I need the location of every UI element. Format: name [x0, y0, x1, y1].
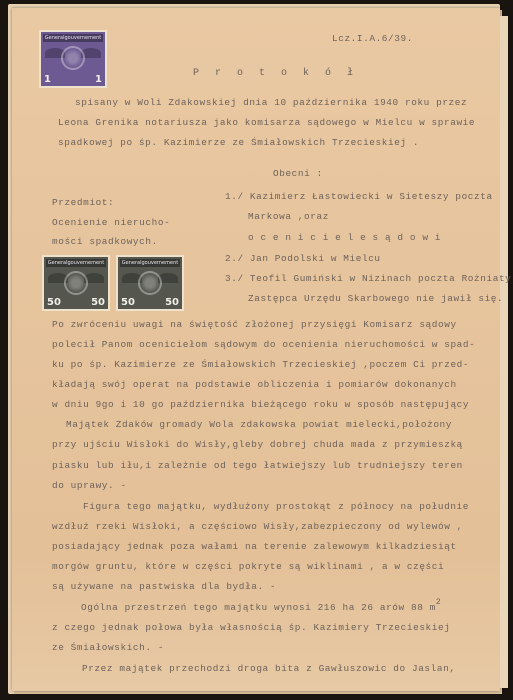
body-line: z czego jednak połowa była własnością śp… [52, 622, 450, 633]
revenue-stamp-2: Generalgouvernement 50 50 [42, 255, 110, 311]
body-line: w dniu 9go i 10 go października bieżąceg… [52, 399, 469, 410]
body-line: przy ujściu Wisłoki do Wisły,gleby dobre… [52, 439, 463, 450]
body-line: kładają swój operat na podstawie oblicze… [52, 379, 457, 390]
stamp-value: 50 [47, 297, 61, 308]
intro-line: spadkowej po śp. Kazimierze ze Śmiałowsk… [58, 137, 419, 148]
present-item: 2./ Jan Podolski w Mielcu [225, 253, 381, 264]
body-line: morgów gruntu, które w części pokryte są… [52, 561, 444, 572]
intro-line: spisany w Woli Zdakowskiej dnia 10 paźdz… [75, 97, 467, 108]
revenue-stamp-1: Generalgouvernement 1 1 [39, 30, 107, 88]
subject-line: Ocenienie nierucho- [52, 217, 170, 228]
body-line: posiadający jednak poza wałami na tereni… [52, 541, 457, 552]
document-title: P r o t o k ó ł [193, 68, 358, 79]
reference-number: Lcz.I.A.6/39. [332, 33, 413, 44]
area-superscript: 2 [436, 598, 441, 607]
body-line: ku po śp. Kazimierze ze Śmiałowskich Trz… [52, 359, 469, 370]
stamp-value: 50 [165, 297, 179, 308]
present-item: o c e n i c i e l e s ą d o w i [248, 232, 441, 243]
body-line: Figura tego majątku, wydłużony prostokąt… [83, 501, 469, 512]
stamp-value: 50 [91, 297, 105, 308]
stamp-header: Generalgouvernement [43, 34, 103, 42]
present-item: Markowa ,oraz [248, 211, 329, 222]
stamp-emblem-icon [64, 271, 88, 295]
document-page: Generalgouvernement 1 1 Lcz.I.A.6/39. P … [12, 8, 500, 691]
present-item: 3./ Teofil Gumiński w Nizinach poczta Ro… [225, 273, 513, 284]
area-text: Ogólna przestrzeń tego majątku wynosi 21… [81, 602, 436, 613]
body-line: Przez majątek przechodzi droga bita z Ga… [82, 663, 456, 674]
body-line: polecił Panom oceniciełom sądowym do oce… [52, 339, 475, 350]
body-line: są używane na pastwiska dla bydła. - [52, 581, 276, 592]
stamp-value: 50 [121, 297, 135, 308]
stamp-value: 1 [44, 74, 51, 85]
body-line: wzdłuż rzeki Wisłoki, a częściowo Wisły,… [52, 521, 463, 532]
present-item: 1./ Kazimierz Łastowiecki w Sieteszy poc… [225, 191, 493, 202]
intro-line: Leona Grenika notariusza jako komisarza … [58, 117, 475, 128]
body-line-area: Ogólna przestrzeń tego majątku wynosi 21… [81, 602, 441, 613]
revenue-stamp-3: Generalgouvernement 50 50 [116, 255, 184, 311]
stamp-header: Generalgouvernement [120, 259, 180, 267]
body-line: Po zwróceniu uwagi na świętość złożonej … [52, 319, 457, 330]
stamp-header: Generalgouvernement [46, 259, 106, 267]
stamp-value: 1 [95, 74, 102, 85]
page-edge [500, 16, 508, 688]
present-item: Zastępca Urzędu Skarbowego nie jawił się… [248, 293, 503, 304]
subject-line: mości spadkowych. [52, 236, 158, 247]
body-line: ze Śmiałowskich. - [52, 642, 164, 653]
body-line: do uprawy. - [52, 480, 127, 491]
present-heading: Obecni : [273, 168, 323, 179]
stamp-emblem-icon [138, 271, 162, 295]
body-line: Majątek Zdaków gromady Wola zdakowska po… [66, 419, 452, 430]
body-line: piasku lub iłu,i zależnie od tego łatwie… [52, 460, 463, 471]
subject-label: Przedmiot: [52, 197, 114, 208]
stamp-emblem-icon [61, 46, 85, 70]
